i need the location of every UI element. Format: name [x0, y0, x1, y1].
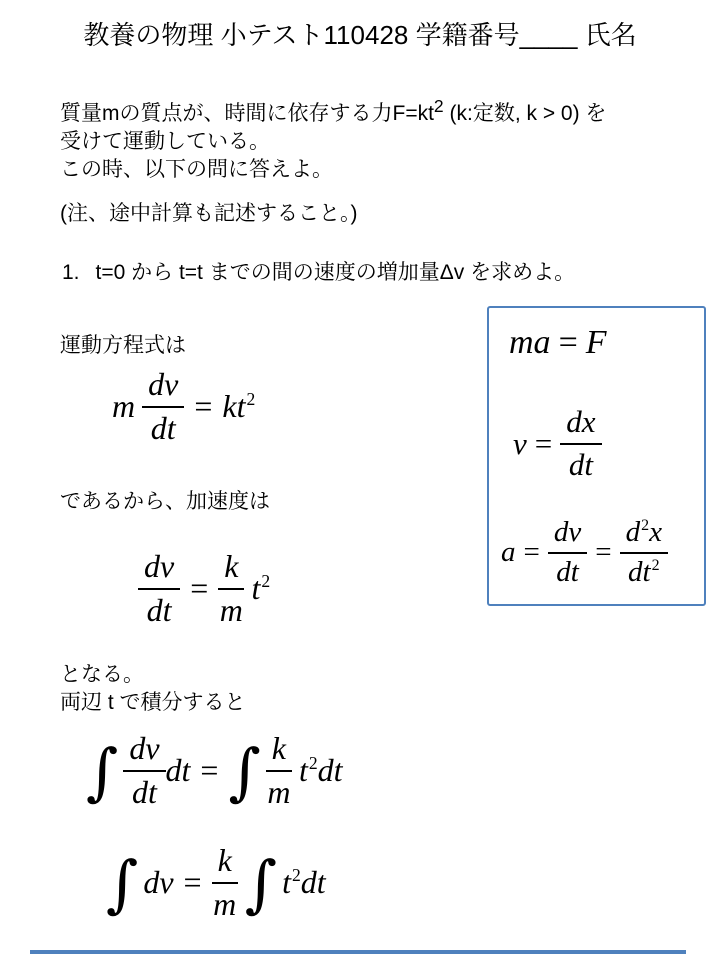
- fraction-numerator: d2x: [620, 516, 668, 554]
- rhs-term: t2: [251, 570, 270, 607]
- fraction-denominator: dt: [132, 772, 157, 811]
- fraction-dv-dt: dv dt: [142, 366, 184, 447]
- lhs-term: v: [513, 426, 527, 462]
- rhs-base: kt: [222, 388, 245, 424]
- page-title: 教養の物理 小テスト110428 学籍番号____ 氏名: [0, 20, 720, 50]
- fraction-dv-dt: dv dt: [123, 730, 165, 811]
- box-equation-acceleration: a = dv dt = d2x dt2: [501, 516, 668, 589]
- problem-line-3: この時、以下の問に答えよ。: [60, 156, 606, 184]
- fraction-denominator: dt: [151, 408, 176, 447]
- problem-line-1-cond: (k:定数, k > 0) を: [444, 102, 607, 125]
- quiz-page: 教養の物理 小テスト110428 学籍番号____ 氏名 質量mの質点が、時間に…: [0, 0, 720, 960]
- rhs-term: kt2: [222, 388, 255, 425]
- fraction-dx-dt: dx dt: [560, 404, 601, 483]
- equals-sign: =: [190, 570, 208, 607]
- label-integrate-both-sides: 両辺 t で積分すると: [60, 689, 246, 717]
- den-dt: dt: [628, 556, 651, 588]
- equals-sign: =: [559, 324, 578, 362]
- fraction-denominator: dt: [569, 445, 593, 483]
- fraction-numerator: dv: [138, 548, 180, 590]
- fraction-numerator: k: [218, 548, 244, 590]
- fraction-k-m: k m: [212, 842, 238, 923]
- equals-sign: =: [184, 864, 202, 901]
- fraction-numerator: dv: [142, 366, 184, 408]
- rhs-base: t: [251, 570, 260, 606]
- label-becomes: となる。: [60, 661, 144, 689]
- equation-integral-step2: ∫ dv = k m ∫ t2 dt: [106, 842, 326, 923]
- lhs-term: a: [501, 536, 516, 569]
- equation-newton: m dv dt = kt2: [112, 366, 255, 447]
- equals-sign: =: [194, 388, 212, 425]
- rhs-exponent: 2: [261, 571, 270, 591]
- fraction-dv-dt: dv dt: [138, 548, 180, 629]
- label-therefore-acceleration: であるから、加速度は: [60, 488, 270, 516]
- rhs-exponent: 2: [246, 389, 255, 409]
- num-d: d: [626, 516, 641, 548]
- mass-symbol: m: [112, 388, 135, 425]
- cropped-box-top-border: [30, 950, 686, 954]
- fraction-k-m: k m: [266, 730, 292, 811]
- question-number: 1.: [62, 259, 80, 287]
- problem-line-1-text: 質量mの質点が、時間に依存する力F=kt: [60, 102, 434, 125]
- differential-dv: dv: [143, 864, 173, 901]
- num-exponent: 2: [641, 517, 649, 534]
- rhs-exponent: 2: [292, 865, 301, 885]
- integral-sign: ∫: [106, 858, 138, 911]
- fraction-numerator: dv: [548, 516, 587, 554]
- fraction-dv-dt: dv dt: [548, 516, 587, 589]
- rhs-term: t2: [299, 752, 318, 789]
- note-line: (注、途中計算も記述すること。): [60, 200, 358, 228]
- rhs-exponent: 2: [309, 753, 318, 773]
- fraction-denominator: dt: [147, 590, 172, 629]
- fraction-denominator: dt: [556, 554, 579, 589]
- box-equation-velocity: v = dx dt: [513, 404, 602, 483]
- box-equation-newton: ma = F: [509, 324, 607, 362]
- den-exponent: 2: [652, 557, 660, 574]
- differential-dt: dt: [301, 864, 326, 901]
- equals-sign: =: [595, 536, 611, 569]
- fraction-numerator: k: [266, 730, 292, 772]
- equation-acceleration: dv dt = k m t2: [138, 548, 270, 629]
- rhs-term: t2: [282, 864, 301, 901]
- question-item: 1. t=0 から t=t までの間の速度の増加量Δv を求めよ。: [62, 259, 575, 287]
- fraction-denominator: m: [220, 590, 243, 629]
- differential-dt: dt: [318, 752, 343, 789]
- fraction-d2x-dt2: d2x dt2: [620, 516, 668, 589]
- num-x: x: [649, 516, 662, 548]
- equals-sign: =: [200, 752, 218, 789]
- equals-sign: =: [524, 536, 540, 569]
- fraction-numerator: dx: [560, 404, 601, 445]
- fraction-k-m: k m: [218, 548, 244, 629]
- problem-line-2: 受けて運動している。: [60, 128, 606, 156]
- integral-sign: ∫: [86, 746, 118, 799]
- problem-line-1: 質量mの質点が、時間に依存する力F=kt2 (k:定数, k > 0) を: [60, 92, 606, 128]
- lhs-term: ma: [509, 324, 551, 362]
- rhs-term: F: [586, 324, 607, 362]
- formula-reference-box: ma = F v = dx dt a = dv dt = d2x dt2: [487, 306, 706, 606]
- rhs-base: t: [299, 752, 308, 788]
- rhs-base: t: [282, 864, 291, 900]
- problem-statement: 質量mの質点が、時間に依存する力F=kt2 (k:定数, k > 0) を 受け…: [60, 92, 606, 184]
- fraction-numerator: dv: [123, 730, 165, 772]
- equals-sign: =: [535, 426, 552, 462]
- label-equation-of-motion: 運動方程式は: [60, 332, 186, 360]
- equation-integral-step1: ∫ dv dt dt = ∫ k m t2 dt: [86, 730, 343, 811]
- integral-sign: ∫: [228, 746, 260, 799]
- fraction-denominator: dt2: [628, 554, 660, 589]
- fraction-denominator: m: [213, 884, 236, 923]
- differential-dt: dt: [166, 752, 191, 789]
- fraction-numerator: k: [212, 842, 238, 884]
- integral-sign: ∫: [245, 858, 277, 911]
- force-exponent: 2: [434, 96, 444, 116]
- question-text: t=0 から t=t までの間の速度の増加量Δv を求めよ。: [96, 259, 576, 287]
- fraction-denominator: m: [267, 772, 290, 811]
